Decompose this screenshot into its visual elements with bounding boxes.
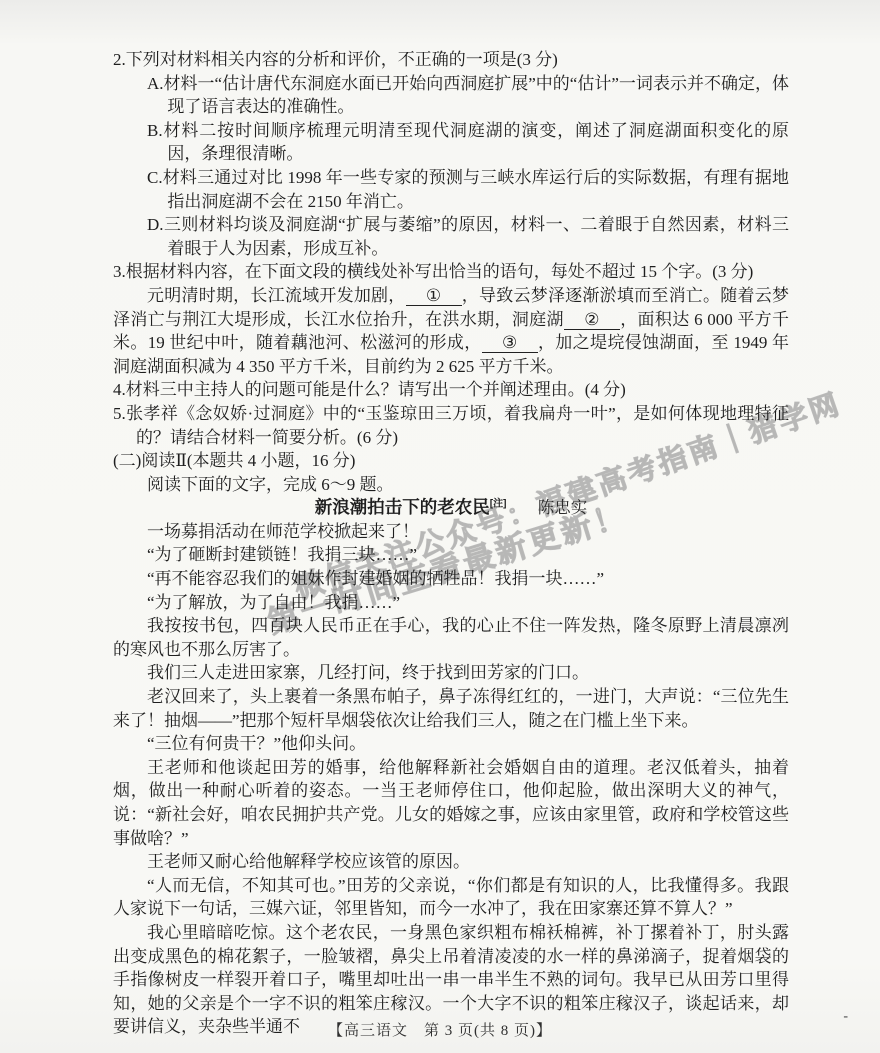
passage-paragraph: 一场募捐活动在师范学校掀起来了！: [113, 520, 789, 544]
question-2-options: A.材料一“估计唐代东洞庭水面已开始向西洞庭扩展”中的“估计”一词表示并不确定，…: [113, 72, 789, 261]
passage-segment: 元明清时期，长江流域开发加剧，: [147, 286, 406, 305]
passage-paragraph: 王老师又耐心给他解释学校应该管的原因。: [113, 850, 789, 874]
question-2-option: C.材料三通过对比 1998 年一些专家的预测与三峡水库运行后的实际数据，有理有…: [113, 166, 789, 213]
page-content: 2.下列对材料相关内容的分析和评价，不正确的一项是(3 分) A.材料一“估计唐…: [113, 48, 789, 1039]
note-marker: [注]: [490, 499, 507, 510]
question-2-option: B.材料二按时间顺序梳理元明清至现代洞庭湖的演变，阐述了洞庭湖面积变化的原因，条…: [113, 119, 789, 166]
question-5-stem: 5.张孝祥《念奴娇·过洞庭》中的“玉鉴琼田三万顷，着我扁舟一叶”，是如何体现地理…: [113, 402, 789, 449]
passage-paragraph: “为了砸断封建锁链！我捐三块……”: [113, 543, 789, 567]
passage-paragraph: 我们三人走进田家寨，几经打问，终于找到田芳家的门口。: [113, 661, 789, 685]
question-4-stem: 4.材料三中主持人的问题可能是什么？请写出一个并阐述理由。(4 分): [113, 378, 789, 402]
passage-paragraph: “人而无信，不知其可也。”田芳的父亲说，“你们都是有知识的人，比我懂得多。我跟人…: [113, 874, 789, 921]
passage-paragraph: “为了解放，为了自由！我捐……”: [113, 591, 789, 615]
passage-paragraph: “三位有何贵干？”他仰头问。: [113, 732, 789, 756]
passage-paragraph: “再不能容忍我们的姐妹作封建婚姻的牺牲品！我捐一块……”: [113, 567, 789, 591]
blank-1: ①: [406, 287, 462, 306]
question-2-option: A.材料一“估计唐代东洞庭水面已开始向西洞庭扩展”中的“估计”一词表示并不确定，…: [113, 72, 789, 119]
reading-passage: 一场募捐活动在师范学校掀起来了！ “为了砸断封建锁链！我捐三块……” “再不能容…: [113, 520, 789, 1039]
reading-title-line: 新浪潮拍击下的老农民[注]陈忠实: [113, 496, 789, 520]
question-3-passage: 元明清时期，长江流域开发加剧，①，导致云梦泽逐渐淤填而至消亡。随着云梦泽消亡与荆…: [113, 284, 789, 378]
question-3-stem: 3.根据材料内容，在下面文段的横线处补写出恰当的语句，每处不超过 15 个字。(…: [113, 260, 789, 284]
question-2-option: D.三则材料均谈及洞庭湖“扩展与萎缩”的原因，材料一、二着眼于自然因素，材料三着…: [113, 213, 789, 260]
passage-paragraph: 老汉回来了，头上裹着一条黑布帕子，鼻子冻得红红的，一进门，大声说：“三位先生来了…: [113, 685, 789, 732]
passage-paragraph: 王老师和他谈起田芳的婚事，给他解释新社会婚姻自由的道理。老汉低着头，抽着烟，做出…: [113, 756, 789, 850]
passage-paragraph: 我按按书包，四百块人民币正在手心，我的心止不住一阵发热，隆冬原野上清晨凛冽的寒风…: [113, 614, 789, 661]
question-2-stem: 2.下列对材料相关内容的分析和评价，不正确的一项是(3 分): [113, 48, 789, 72]
blank-3: ③: [482, 334, 538, 353]
page-footer: 【高三语文 第 3 页(共 8 页)】: [0, 1019, 880, 1040]
reading-title: 新浪潮拍击下的老农民: [315, 497, 490, 517]
blank-2: ②: [564, 311, 620, 330]
section-2-heading: (二)阅读Ⅱ(本题共 4 小题，16 分): [113, 449, 789, 473]
scan-artifact-dash: -: [843, 1009, 848, 1025]
reading-author: 陈忠实: [538, 498, 588, 517]
reading-instruction: 阅读下面的文字，完成 6～9 题。: [113, 473, 789, 497]
exam-page-scan: 微信关注公众号：福建高考指南｜猎学网 第一时间查看最新更新！ 2.下列对材料相关…: [0, 0, 880, 1053]
